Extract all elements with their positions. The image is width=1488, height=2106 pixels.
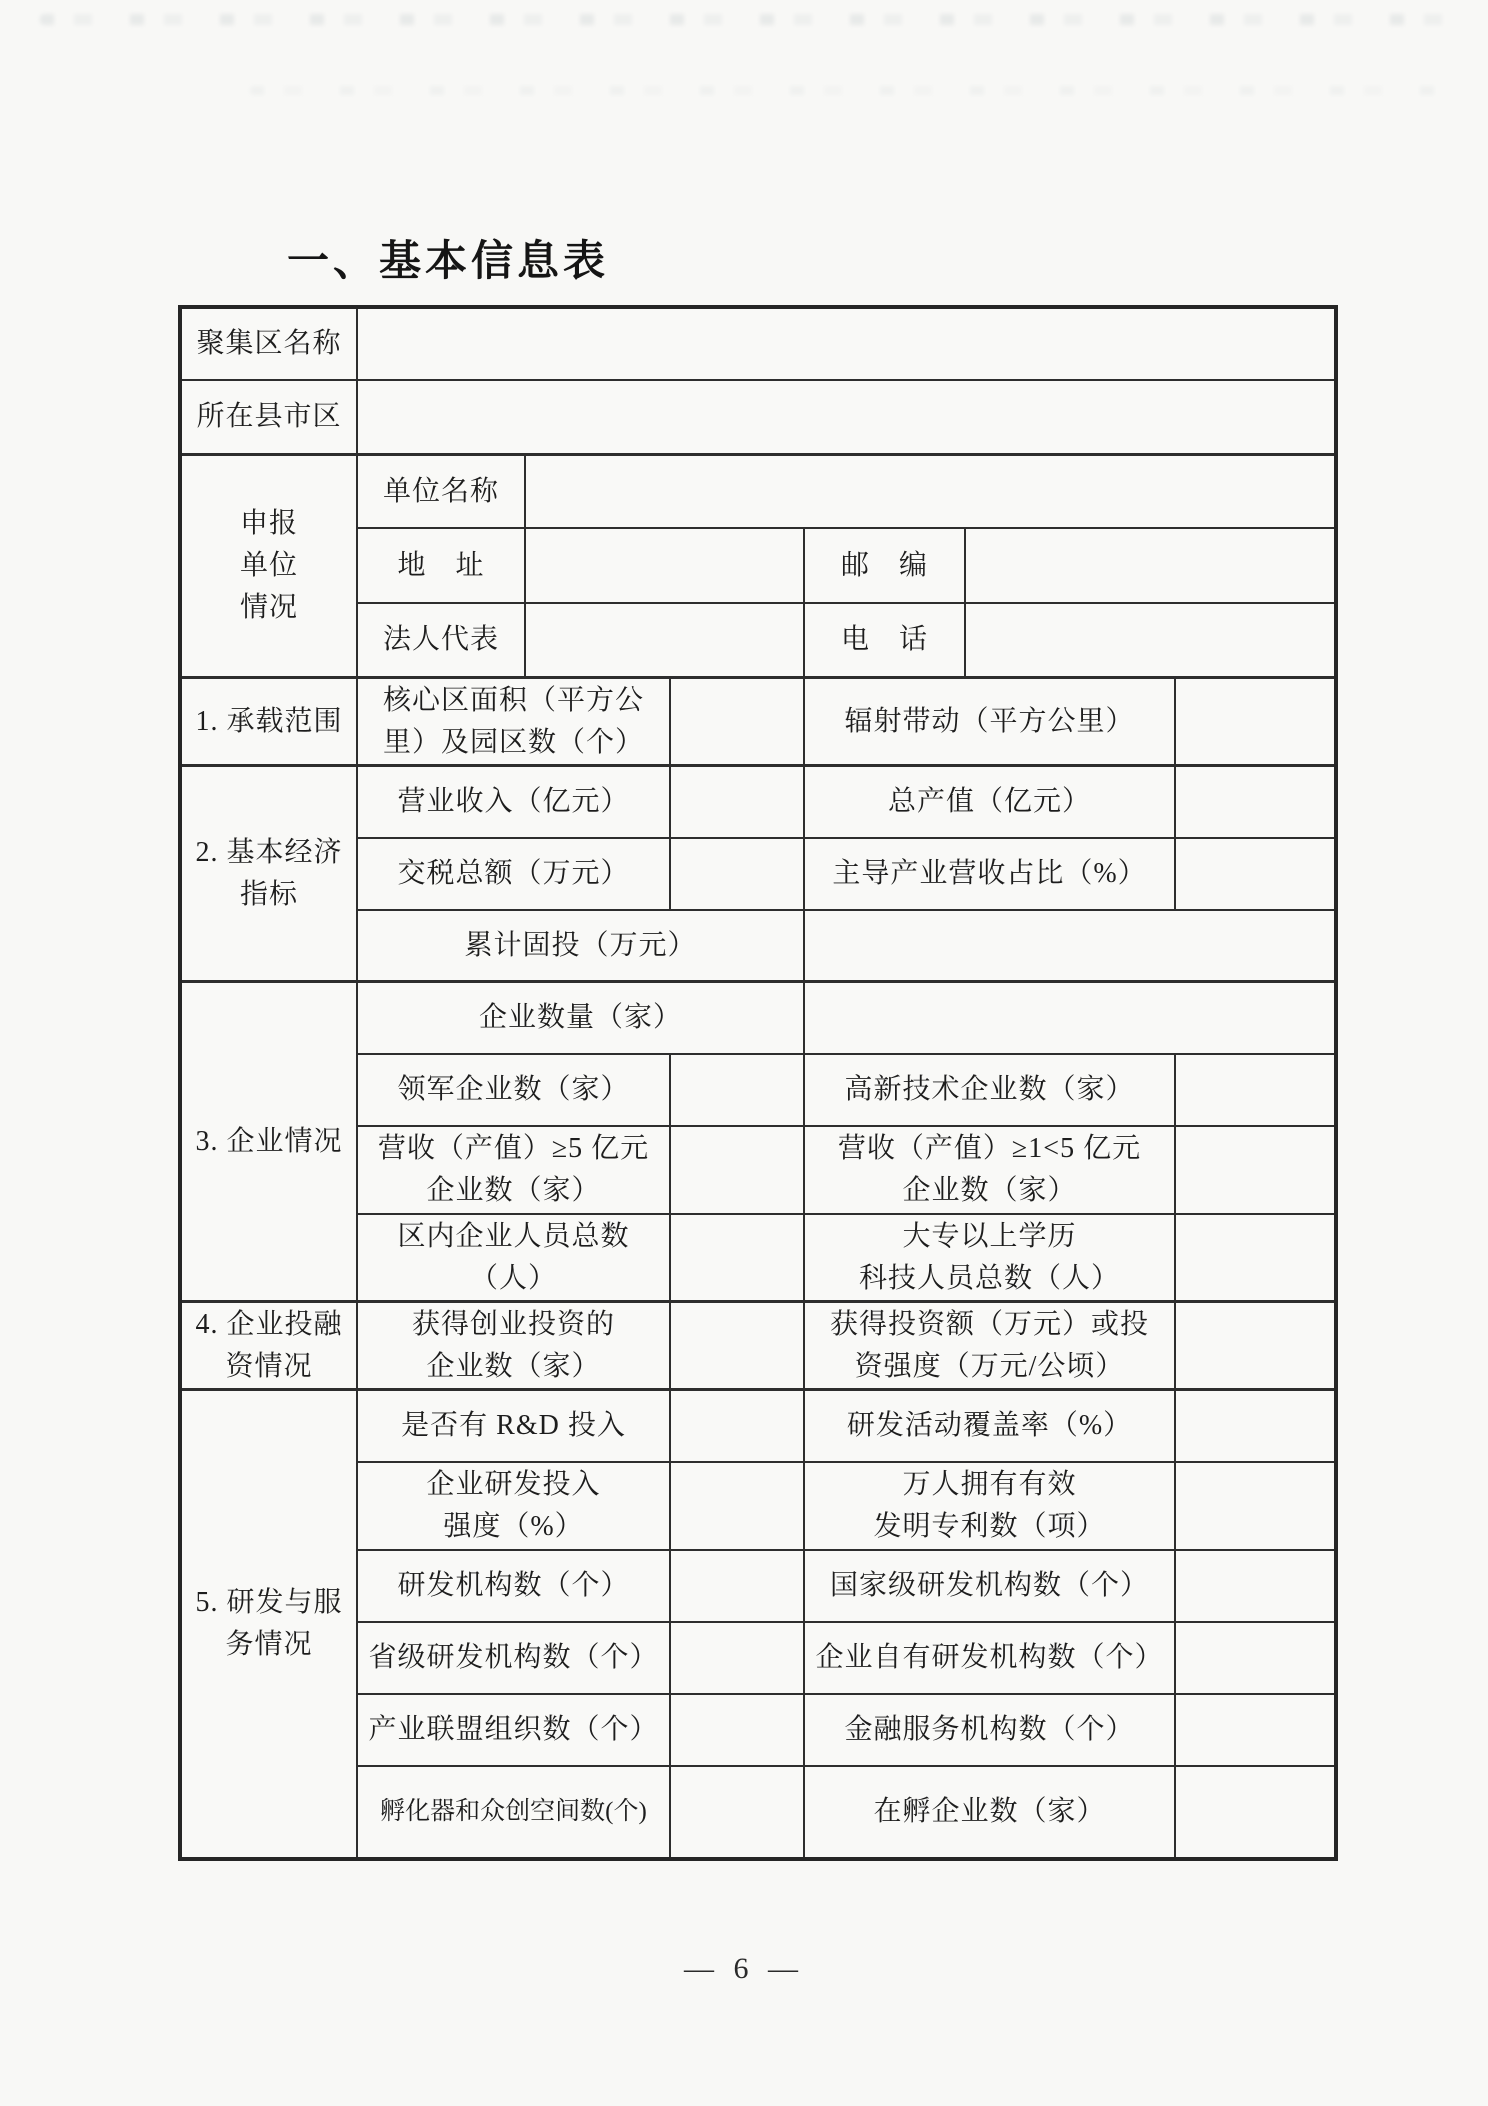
address-label: 地 址 — [358, 529, 526, 604]
field-label: 领军企业数（家） — [358, 1055, 671, 1127]
field-label: 万人拥有有效 发明专利数（项） — [805, 1463, 1176, 1551]
county-label: 所在县市区 — [182, 381, 358, 456]
scanned-form-page: { "page": { "title": "一、基本信息表", "page_nu… — [0, 0, 1488, 2106]
field-label: 获得投资额（万元）或投 资强度（万元/公顷） — [805, 1303, 1176, 1391]
field-label: 在孵企业数（家） — [805, 1767, 1176, 1857]
page-title: 一、基本信息表 — [287, 228, 609, 288]
legal-rep-label: 法人代表 — [358, 604, 526, 679]
field-label: 金融服务机构数（个） — [805, 1695, 1176, 1767]
field-label: 研发机构数（个） — [358, 1551, 671, 1623]
basic-info-table: 聚集区名称 所在县市区 申报 单位 情况 单位名称 地 址 邮 编 法人代表 电… — [178, 305, 1338, 1861]
value-cell — [671, 1551, 805, 1623]
field-label: 获得创业投资的 企业数（家） — [358, 1303, 671, 1391]
scan-artifact — [250, 86, 1450, 95]
field-label: 大专以上学历 科技人员总数（人） — [805, 1215, 1176, 1303]
value-cell — [1176, 1055, 1334, 1127]
section-3-header: 3. 企业情况 — [182, 983, 358, 1303]
field-label: 孵化器和众创空间数(个) — [358, 1767, 671, 1857]
field-label: 辐射带动（平方公里） — [805, 679, 1176, 767]
value-cell — [671, 1215, 805, 1303]
field-label: 主导产业营收占比（%） — [805, 839, 1176, 911]
value-cell — [1176, 1127, 1334, 1215]
field-label: 高新技术企业数（家） — [805, 1055, 1176, 1127]
postcode-label: 邮 编 — [805, 529, 966, 604]
field-label: 累计固投（万元） — [358, 911, 805, 983]
value-cell — [671, 839, 805, 911]
section-1-header: 1. 承载范围 — [182, 679, 358, 767]
value-cell — [1176, 1303, 1334, 1391]
field-label: 核心区面积（平方公 里）及园区数（个） — [358, 679, 671, 767]
field-label: 交税总额（万元） — [358, 839, 671, 911]
value-cell — [671, 1303, 805, 1391]
value-cell — [1176, 1391, 1334, 1463]
value-cell — [671, 679, 805, 767]
field-label: 企业自有研发机构数（个） — [805, 1623, 1176, 1695]
cluster-name-value-cell — [358, 309, 1334, 381]
scan-artifact — [40, 14, 1460, 25]
value-cell — [805, 911, 1334, 983]
value-cell — [671, 1127, 805, 1215]
value-cell — [1176, 1551, 1334, 1623]
field-label: 省级研发机构数（个） — [358, 1623, 671, 1695]
postcode-value-cell — [966, 529, 1334, 604]
page-number: — 6 — — [0, 1952, 1488, 1986]
value-cell — [671, 1767, 805, 1857]
field-label: 企业研发投入 强度（%） — [358, 1463, 671, 1551]
section-5-header: 5. 研发与服 务情况 — [182, 1391, 358, 1857]
value-cell — [1176, 767, 1334, 839]
value-cell — [671, 1391, 805, 1463]
field-label: 营收（产值）≥5 亿元 企业数（家） — [358, 1127, 671, 1215]
value-cell — [671, 1463, 805, 1551]
field-label: 营收（产值）≥1<5 亿元 企业数（家） — [805, 1127, 1176, 1215]
value-cell — [1176, 1463, 1334, 1551]
value-cell — [671, 1623, 805, 1695]
value-cell — [1176, 1767, 1334, 1857]
field-label: 研发活动覆盖率（%） — [805, 1391, 1176, 1463]
field-label: 总产值（亿元） — [805, 767, 1176, 839]
section-4-header: 4. 企业投融 资情况 — [182, 1303, 358, 1391]
phone-label: 电 话 — [805, 604, 966, 679]
field-label: 是否有 R&D 投入 — [358, 1391, 671, 1463]
value-cell — [1176, 1695, 1334, 1767]
field-label: 营业收入（亿元） — [358, 767, 671, 839]
legal-rep-value-cell — [526, 604, 805, 679]
address-value-cell — [526, 529, 805, 604]
field-label: 国家级研发机构数（个） — [805, 1551, 1176, 1623]
value-cell — [1176, 1215, 1334, 1303]
value-cell — [671, 767, 805, 839]
section-2-header: 2. 基本经济 指标 — [182, 767, 358, 983]
value-cell — [1176, 679, 1334, 767]
applicant-section-header: 申报 单位 情况 — [182, 456, 358, 679]
phone-value-cell — [966, 604, 1334, 679]
value-cell — [671, 1695, 805, 1767]
value-cell — [1176, 1623, 1334, 1695]
value-cell — [805, 983, 1334, 1055]
cluster-name-label: 聚集区名称 — [182, 309, 358, 381]
value-cell — [671, 1055, 805, 1127]
unit-name-value-cell — [526, 456, 1334, 529]
field-label: 企业数量（家） — [358, 983, 805, 1055]
county-value-cell — [358, 381, 1334, 456]
field-label: 产业联盟组织数（个） — [358, 1695, 671, 1767]
value-cell — [1176, 839, 1334, 911]
field-label: 区内企业人员总数 （人） — [358, 1215, 671, 1303]
unit-name-label: 单位名称 — [358, 456, 526, 529]
